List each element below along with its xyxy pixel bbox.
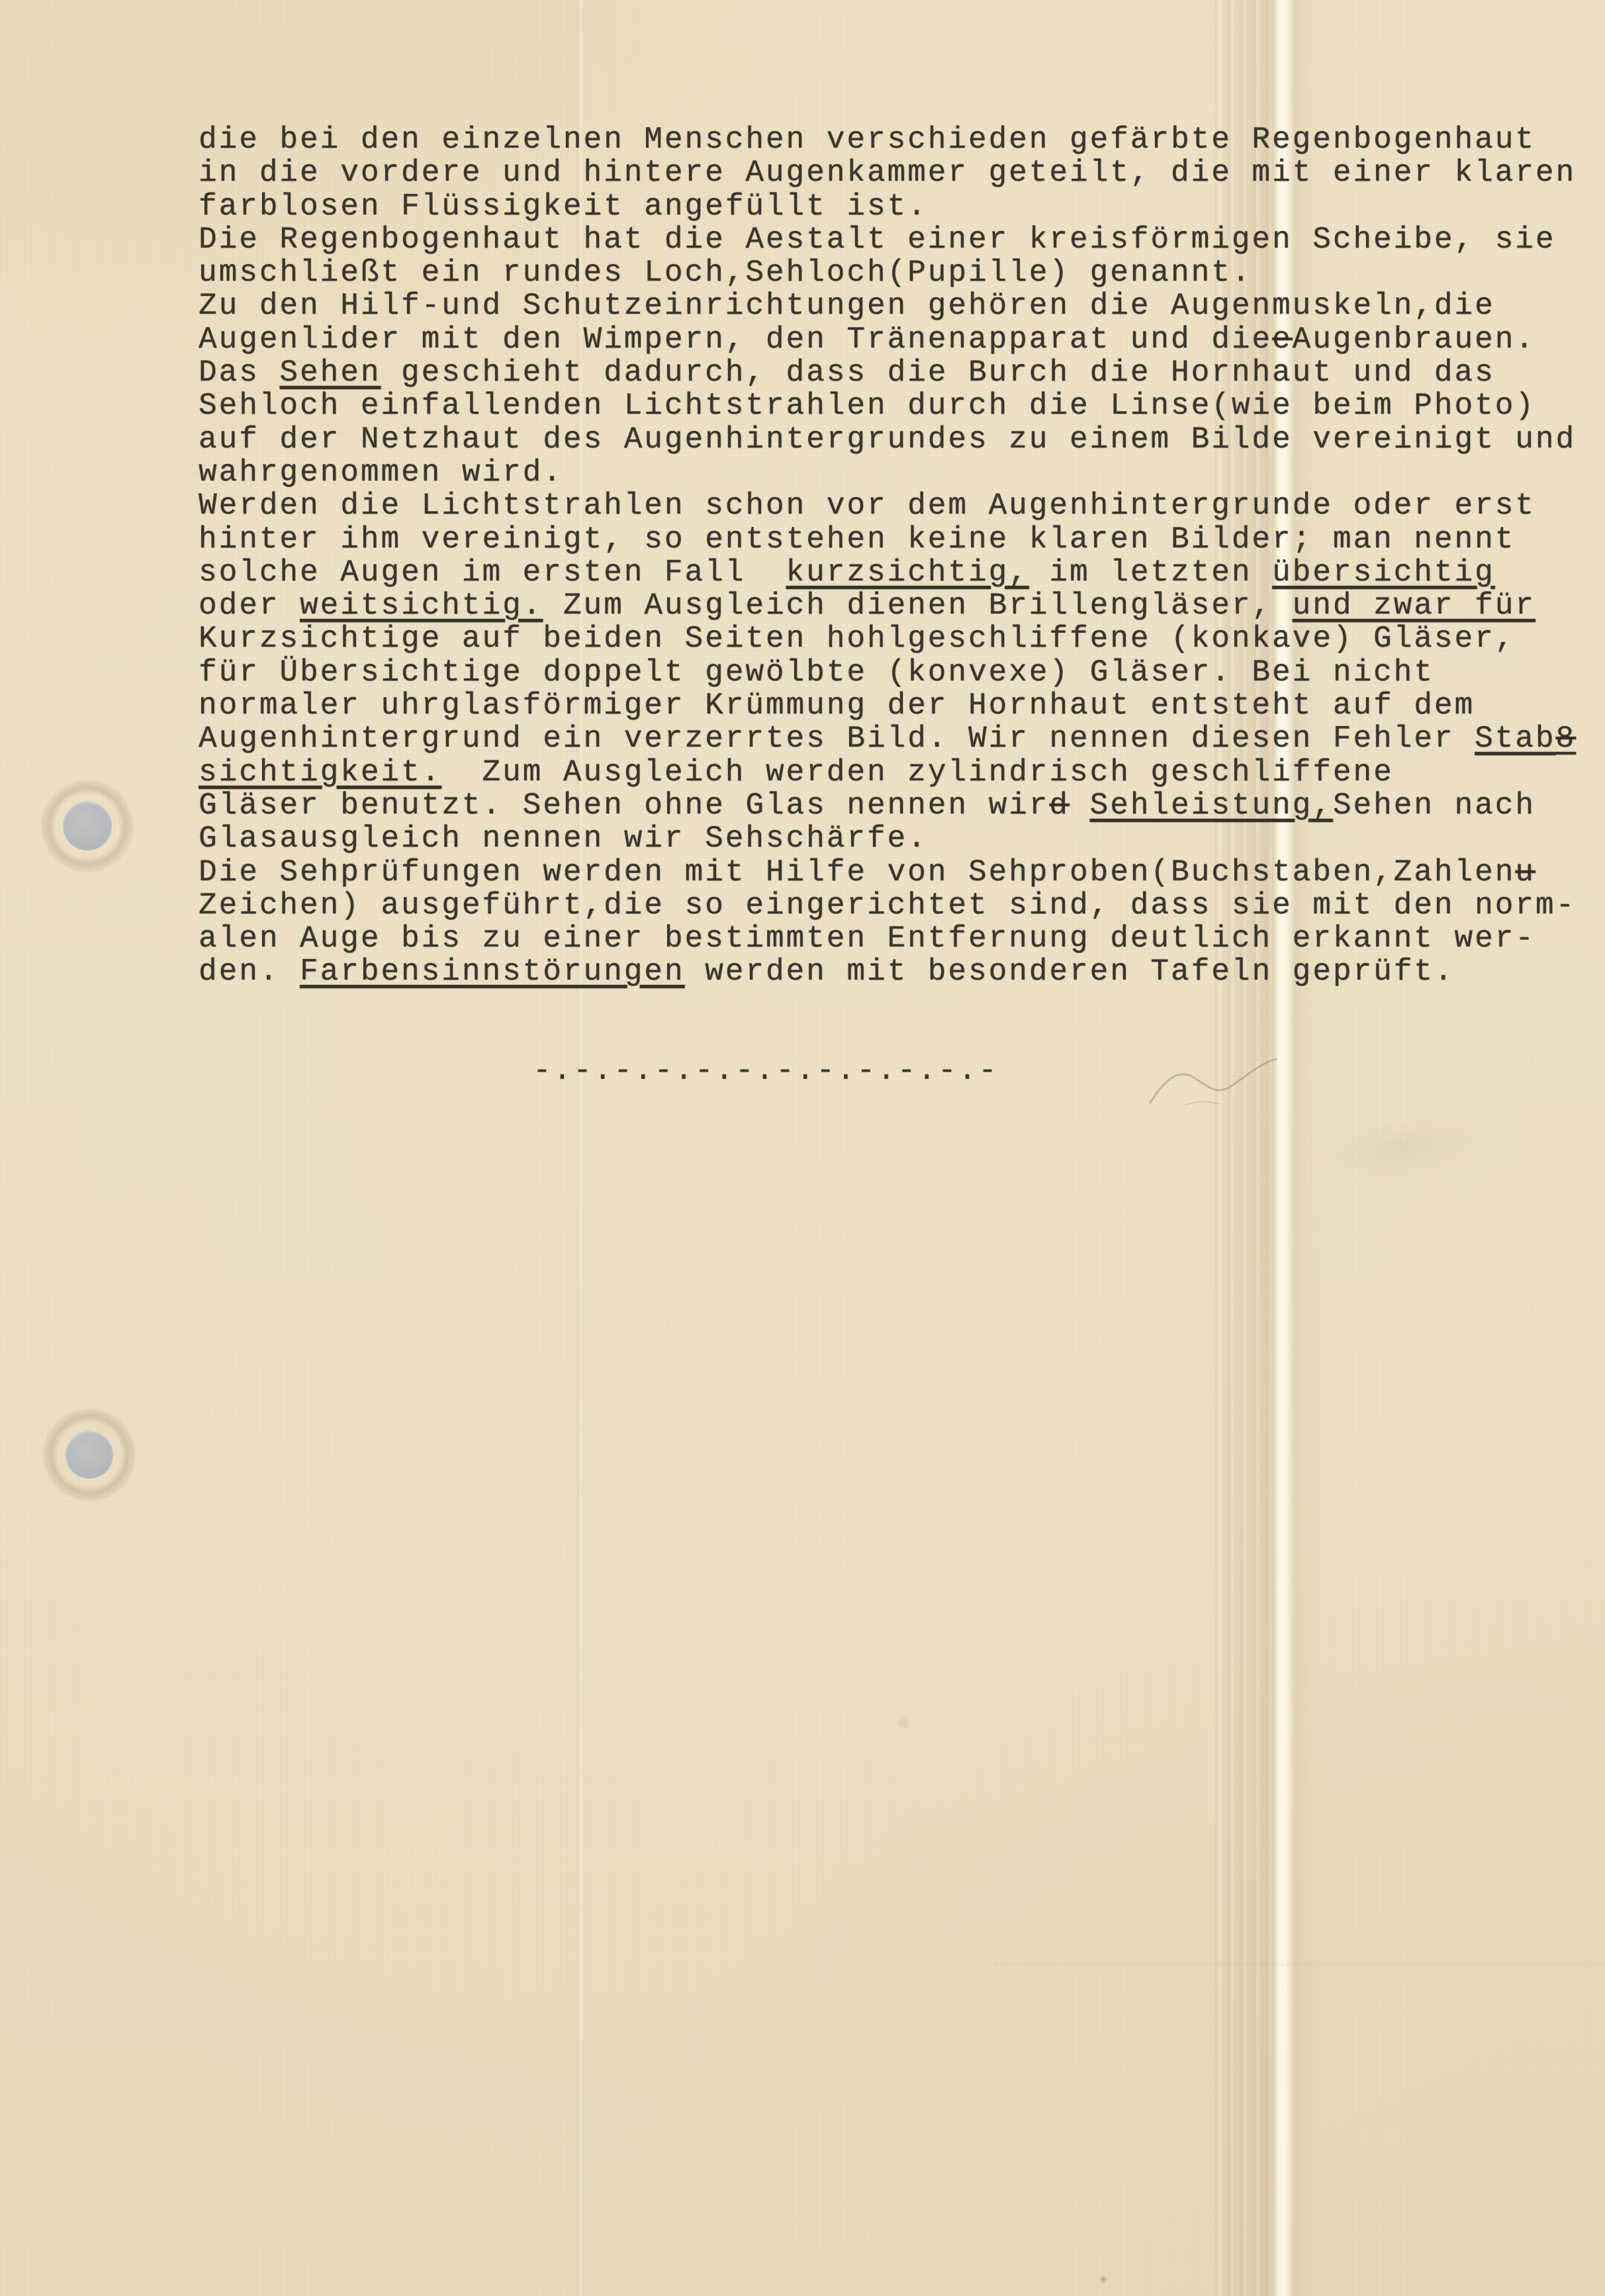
- typed-line: normaler uhrglasförmiger Krümmung der Ho…: [199, 689, 1576, 722]
- typed-line: den. Farbensinnstörungen werden mit beso…: [199, 955, 1576, 988]
- typed-line: Kurzsichtige auf beiden Seiten hohlgesch…: [199, 622, 1576, 655]
- typed-line: Zeichen) ausgeführt,die so eingerichtet …: [199, 889, 1576, 922]
- typed-line: hinter ihm vereinigt, so entstehen keine…: [199, 523, 1576, 556]
- typed-line: Augenlider mit den Wimpern, den Tränenap…: [199, 323, 1576, 356]
- age-spot: [895, 1717, 912, 1729]
- typed-line: Gläser benutzt. Sehen ohne Glas nennen w…: [199, 789, 1576, 822]
- typed-line: Sehloch einfallenden Lichtstrahlen durch…: [199, 389, 1576, 422]
- typed-line: für Übersichtige doppelt gewölbte (konve…: [199, 656, 1576, 689]
- typed-line: sichtigkeit. Zum Ausgleich werden zylind…: [199, 756, 1576, 789]
- typed-line: Augenhintergrund ein verzerrtes Bild. Wi…: [199, 722, 1576, 755]
- typed-separator-line: -.-.-.-.-.-.-.-.-.-.-.-: [533, 1054, 999, 1088]
- typed-line: farblosen Flüssigkeit angefüllt ist.: [199, 190, 1576, 223]
- typed-line: solche Augen im ersten Fall kurzsichtig,…: [199, 556, 1576, 589]
- typed-line: alen Auge bis zu einer bestimmten Entfer…: [199, 922, 1576, 955]
- typed-line: umschließt ein rundes Loch,Sehloch(Pupil…: [199, 256, 1576, 289]
- pencil-mark: [1145, 1039, 1284, 1119]
- typed-line: die bei den einzelnen Menschen verschied…: [199, 123, 1576, 156]
- typed-line: Das Sehen geschieht dadurch, dass die Bu…: [199, 356, 1576, 389]
- punch-hole-bottom: [66, 1431, 113, 1479]
- typed-line: auf der Netzhaut des Augenhintergrundes …: [199, 423, 1576, 456]
- typed-text: die bei den einzelnen Menschen verschied…: [199, 123, 1576, 989]
- paper-sheet: die bei den einzelnen Menschen verschied…: [0, 0, 1605, 2296]
- typed-line: Die Sehprüfungen werden mit Hilfe von Se…: [199, 856, 1576, 889]
- punch-hole-top: [63, 802, 112, 850]
- typed-line: in die vordere und hintere Augenkammer g…: [199, 156, 1576, 189]
- typed-line: oder weitsichtig. Zum Ausgleich dienen B…: [199, 589, 1576, 622]
- typed-line: Zu den Hilf-und Schutzeinrichtungen gehö…: [199, 289, 1576, 322]
- typed-line: Die Regenbogenhaut hat die Aestalt einer…: [199, 223, 1576, 256]
- typed-line: wahrgenommen wird.: [199, 456, 1576, 489]
- age-spot: [1099, 2275, 1108, 2283]
- typed-line: Glasausgleich nennen wir Sehschärfe.: [199, 822, 1576, 855]
- typed-line: Werden die Lichtstrahlen schon vor dem A…: [199, 489, 1576, 522]
- faint-horizontal-crease: [993, 1962, 1605, 1967]
